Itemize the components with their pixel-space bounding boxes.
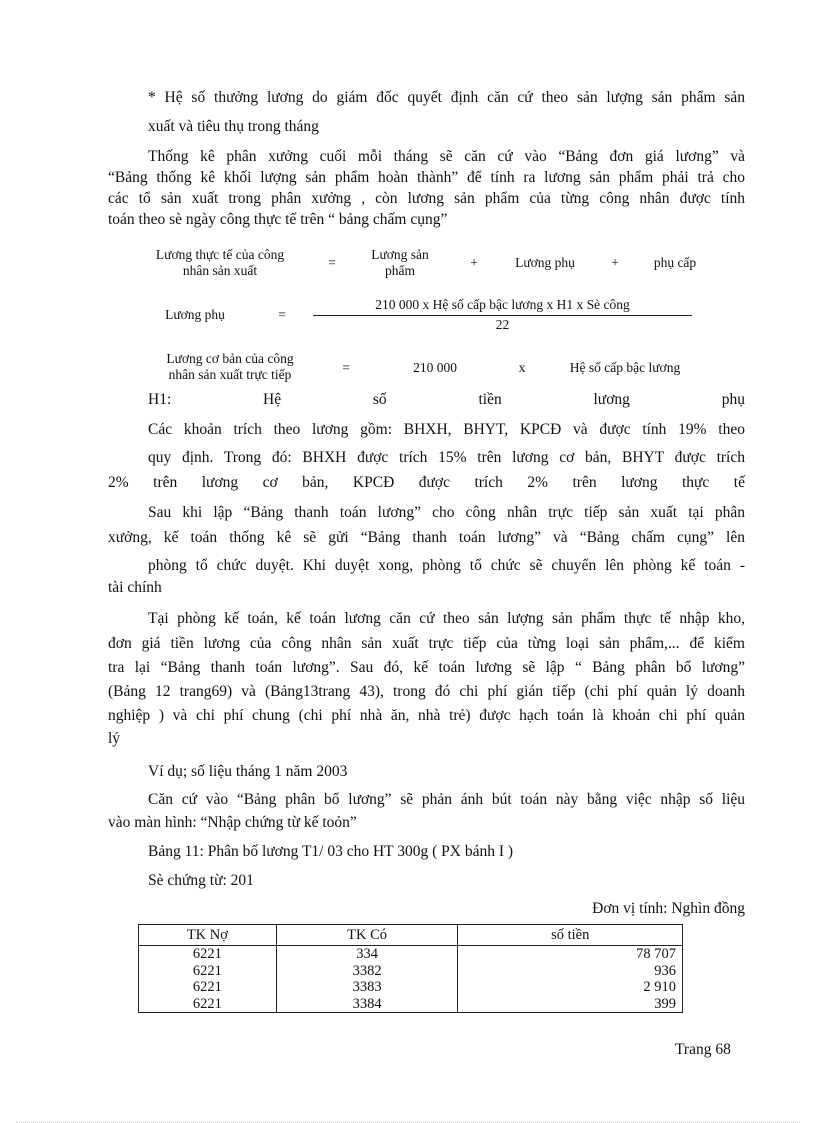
paragraph-accounting-line-2: đơn giá tiền lương của công nhân sản xuấ…: [108, 634, 745, 654]
paragraph-example: Ví dụ; số liệu tháng 1 năm 2003: [148, 762, 347, 782]
paragraph-accounting-line-1: Tại phòng kế toán, kế toán lương căn cứ …: [148, 609, 745, 629]
header-amount: số tiền: [458, 925, 683, 946]
formula1-lhs-line2: nhân sản xuất: [140, 263, 300, 279]
formula3-term2: Hệ số cấp bậc lương: [555, 360, 695, 376]
formula1-term2: Lương phụ: [505, 255, 585, 271]
allocation-table: TK Nợ TK Có số tiền 6221 334 78 707 6221…: [138, 924, 683, 1013]
cell-tk-co: 3382: [276, 963, 458, 980]
formula2-fraction-bar: [313, 315, 692, 316]
formula1-lhs: Lương thực tế của công nhân sản xuất: [140, 247, 300, 279]
h1-definition: H1: Hệ số tiền lương phụ: [148, 390, 745, 410]
paragraph-accounting-line-6: lý: [108, 729, 120, 749]
cell-tk-no: 6221: [139, 996, 277, 1013]
paragraph-approval-line-2: xưởng, kế toán thống kê sẽ gửi “Bảng tha…: [108, 528, 745, 548]
formula3-lhs: Lương cơ bản của công nhân sản xuất trực…: [145, 351, 315, 383]
formula1-term3: phụ cấp: [643, 255, 707, 271]
cell-tk-no: 6221: [139, 963, 277, 980]
cell-amount: 78 707: [458, 946, 683, 963]
formula3-equals: =: [336, 360, 356, 376]
cell-tk-co: 3384: [276, 996, 458, 1013]
h1-word: lương: [594, 390, 630, 410]
formula1-term1-line1: Lương sản: [360, 247, 440, 263]
paragraph-accounting-line-3: tra lại “Bảng thanh toán lương”. Sau đó,…: [108, 658, 745, 678]
formula3-lhs-line2: nhân sản xuất trực tiếp: [145, 367, 315, 383]
table-row: 6221 334 78 707: [139, 946, 683, 963]
formula1-term1-line2: phẩm: [360, 263, 440, 279]
paragraph-bonus-line-2: xuất và tiêu thụ trong tháng: [148, 117, 319, 137]
h1-word: tiền: [478, 390, 501, 410]
cell-amount: 399: [458, 996, 683, 1013]
paragraph-deductions-line-1: Các khoản trích theo lương gồm: BHXH, BH…: [148, 420, 745, 440]
formula2-numerator: 210 000 x Hệ số cấp bậc lương x H1 x Sè …: [313, 297, 692, 313]
formula2-lhs: Lương phụ: [150, 307, 240, 323]
table-row: 6221 3382 936: [139, 963, 683, 980]
unit-label: Đơn vị tính: Nghìn đồng: [592, 899, 745, 919]
cell-tk-no: 6221: [139, 979, 277, 996]
paragraph-accounting-line-5: nghiệp ) và chi phí chung (chi phí nhà ă…: [108, 706, 745, 726]
paragraph-entry-line-1: Căn cứ vào “Bảng phân bổ lương” sẽ phản …: [148, 790, 745, 810]
formula2-equals: =: [272, 307, 292, 323]
paragraph-entry-line-2: vào màn hình: “Nhập chứng từ kế toỏn”: [108, 813, 357, 833]
formula3-lhs-line1: Lương cơ bản của công: [145, 351, 315, 367]
paragraph-approval-line-1: Sau khi lập “Bảng thanh toán lương” cho …: [148, 503, 745, 523]
cell-tk-co: 334: [276, 946, 458, 963]
formula1-plus2: +: [607, 255, 623, 271]
formula1-plus1: +: [466, 255, 482, 271]
cell-tk-no: 6221: [139, 946, 277, 963]
table-row: 6221 3383 2 910: [139, 979, 683, 996]
header-tk-co: TK Có: [276, 925, 458, 946]
paragraph-accounting-line-4: (Bảng 12 trang69) và (Bảng13trang 43), t…: [108, 682, 745, 702]
h1-word: Hệ: [263, 390, 281, 410]
voucher-number: Sè chứng từ: 201: [148, 871, 254, 891]
h1-word: H1:: [148, 390, 171, 410]
paragraph-workshop-line-1: Thống kê phân xưởng cuối mỗi tháng sẽ că…: [148, 147, 745, 167]
paragraph-workshop-line-4: toán theo sè ngày công thực tế trên “ bả…: [108, 210, 447, 230]
formula1-lhs-line1: Lương thực tế của công: [140, 247, 300, 263]
h1-word: số: [373, 390, 387, 410]
formula3-term1: 210 000: [400, 360, 470, 376]
paragraph-deductions-line-3: 2% trên lương cơ bản, KPCĐ được trích 2%…: [108, 473, 745, 493]
table-header-row: TK Nợ TK Có số tiền: [139, 925, 683, 946]
cell-amount: 2 910: [458, 979, 683, 996]
cell-amount: 936: [458, 963, 683, 980]
table-caption: Bảng 11: Phân bố lương T1/ 03 cho HT 300…: [148, 842, 513, 862]
formula1-equals: =: [322, 255, 342, 271]
header-tk-no: TK Nợ: [139, 925, 277, 946]
paragraph-workshop-line-2: “Bảng thống kê khối lượng sản phẩm hoàn …: [108, 168, 745, 188]
paragraph-approval-line-4: tài chính: [108, 578, 162, 598]
formula1-term1: Lương sản phẩm: [360, 247, 440, 279]
paragraph-workshop-line-3: các tổ sản xuất trong phân xưởng , còn l…: [108, 189, 745, 209]
table-row: 6221 3384 399: [139, 996, 683, 1013]
h1-word: phụ: [722, 390, 745, 410]
page-number: Trang 68: [675, 1040, 731, 1060]
formula2-denominator: 22: [313, 317, 692, 333]
paragraph-approval-line-3: phòng tổ chức duyệt. Khi duyệt xong, phò…: [148, 556, 745, 576]
paragraph-bonus-line-1: * Hệ số thưởng lương do giám đốc quyết đ…: [148, 88, 745, 108]
formula3-times: x: [514, 360, 530, 376]
paragraph-deductions-line-2: quy định. Trong đó: BHXH được trích 15% …: [148, 448, 745, 468]
cell-tk-co: 3383: [276, 979, 458, 996]
